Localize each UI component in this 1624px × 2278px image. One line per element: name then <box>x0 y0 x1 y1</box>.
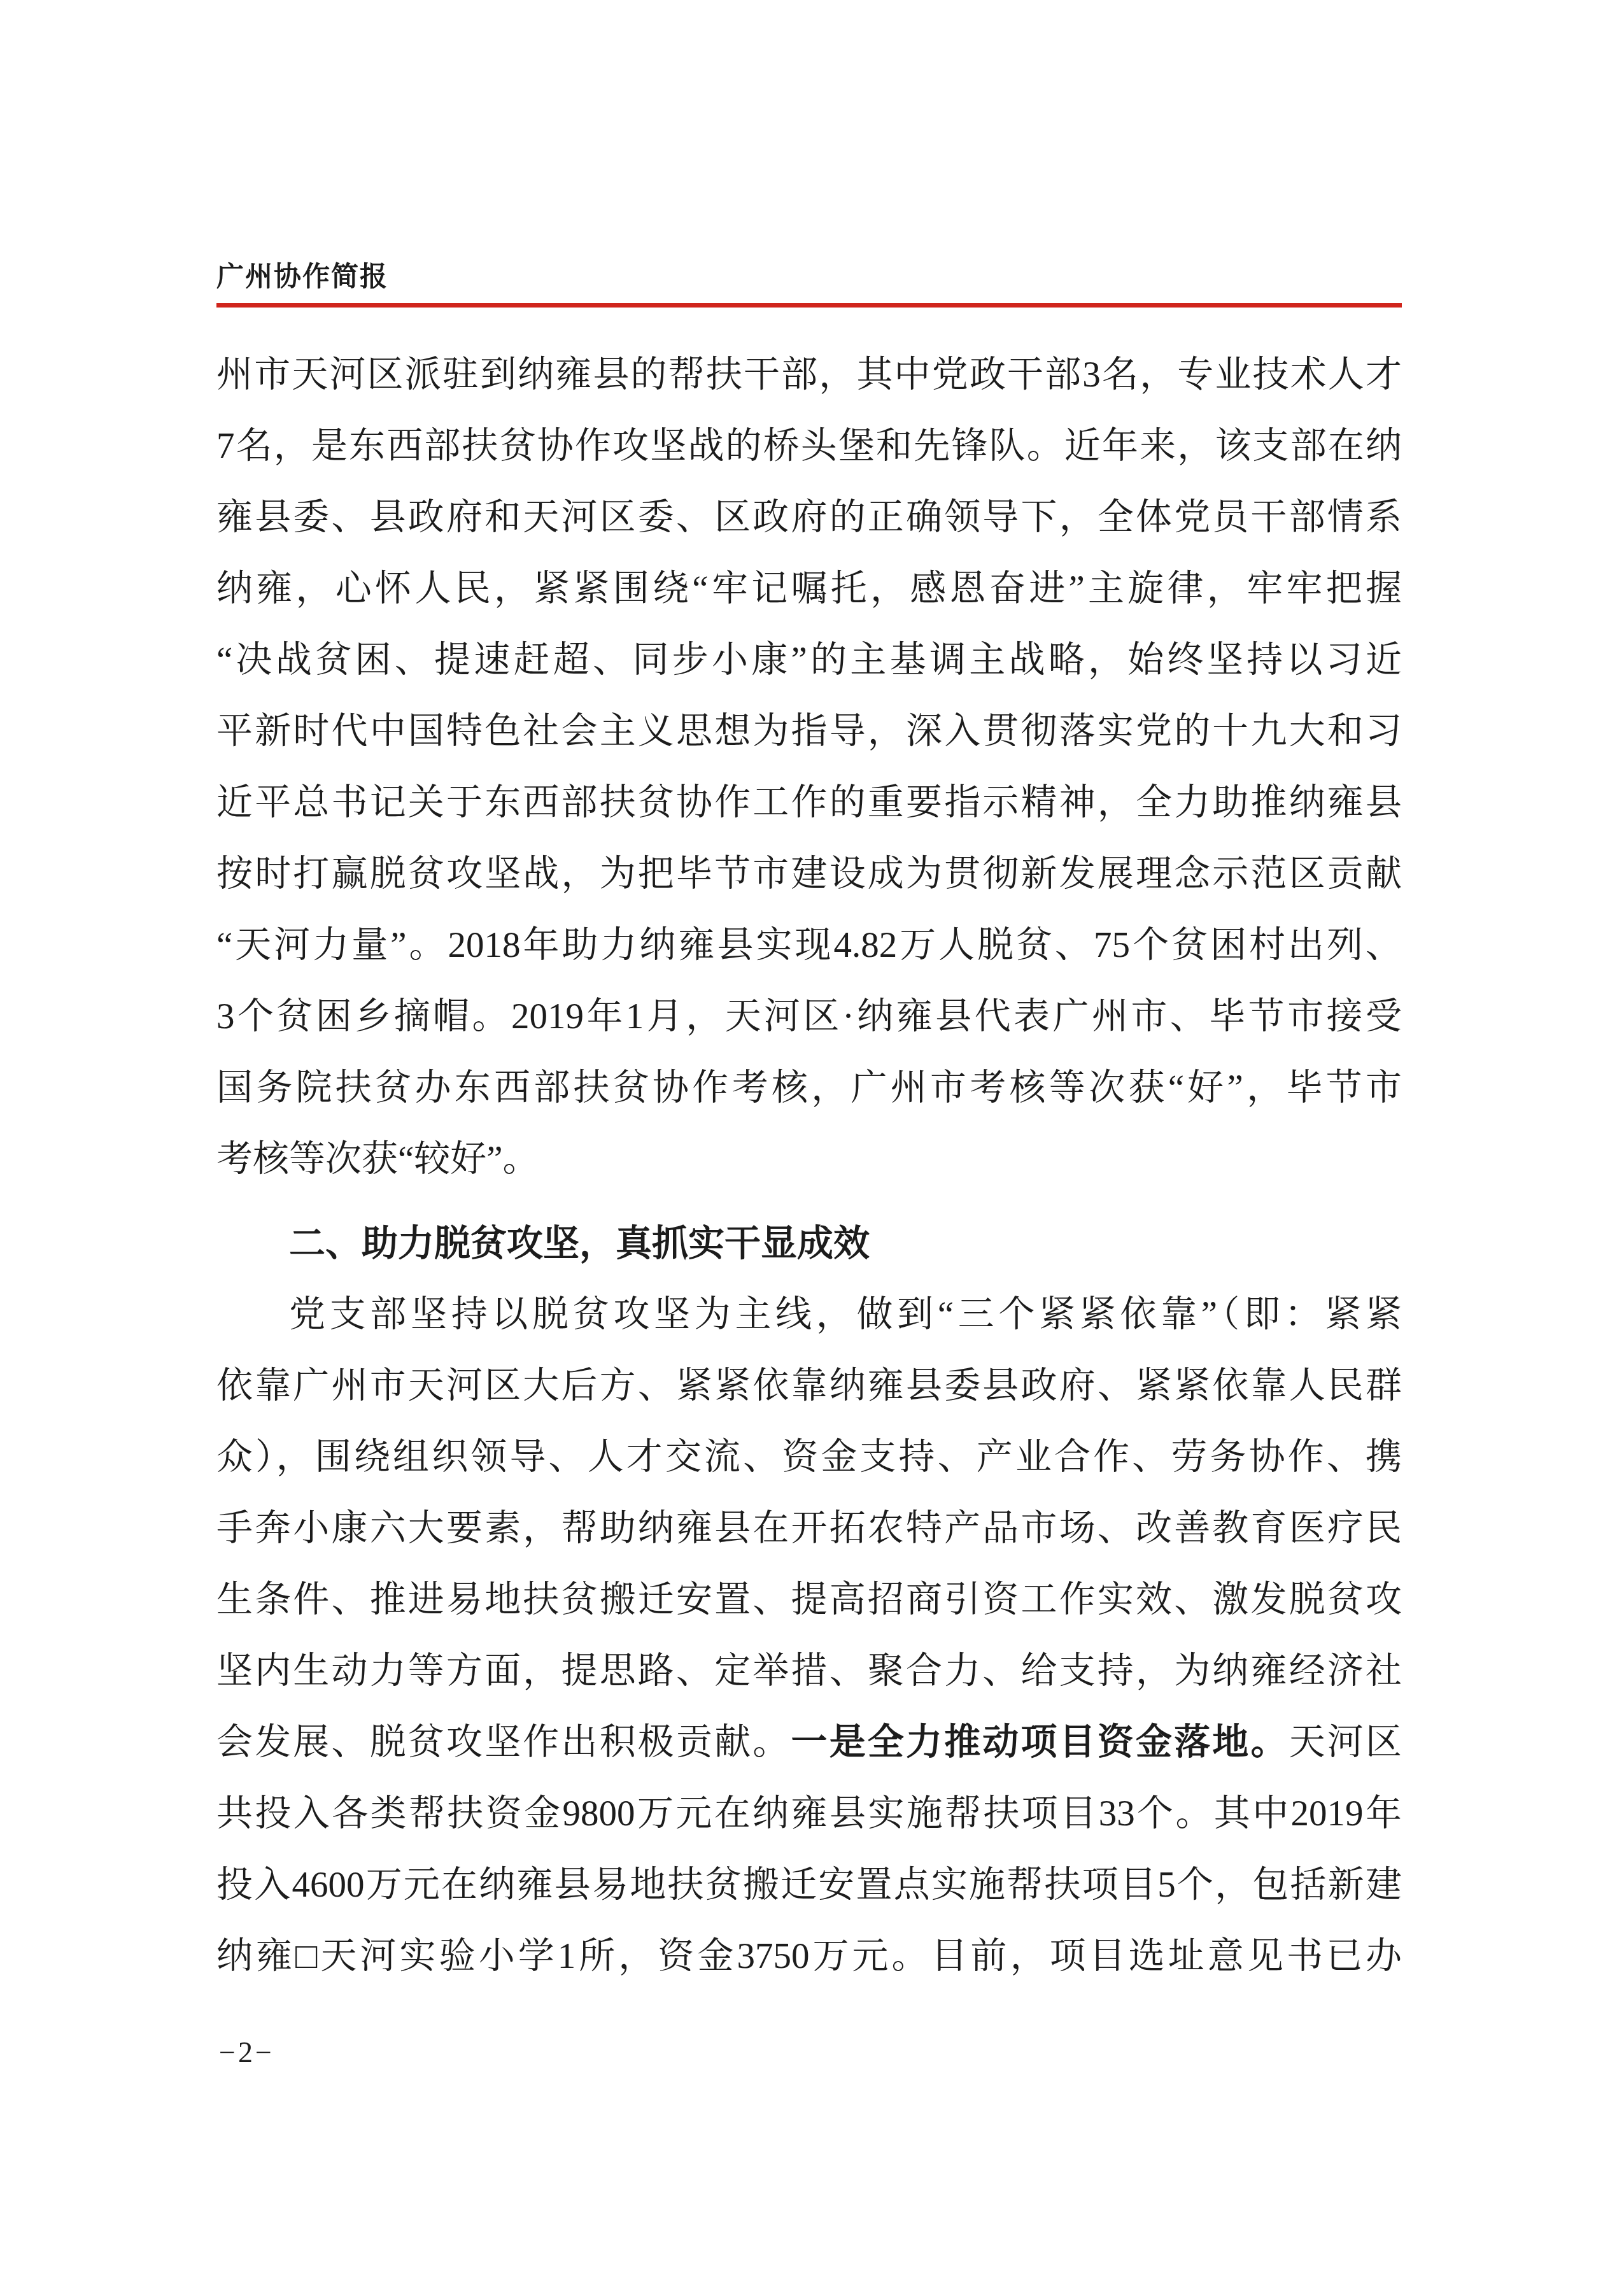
body-line: “决战贫困、提速赶超、同步小康”的主基调主战略，始终坚持以习近 <box>216 625 1402 696</box>
body-line: “天河力量”。2018年助力纳雍县实现4.82万人脱贫、75个贫困村出列、 <box>216 910 1402 981</box>
body-line: 国务院扶贫办东西部扶贫协作考核，广州市考核等次获“好”，毕节市 <box>216 1052 1402 1124</box>
body-text-segment: 天河区 <box>1289 1722 1402 1762</box>
body-line: 7名，是东西部扶贫协作攻坚战的桥头堡和先锋队。近年来，该支部在纳 <box>216 411 1402 482</box>
body-line: 纳雍，心怀人民，紧紧围绕“牢记嘱托，感恩奋进”主旋律，牢牢把握 <box>216 553 1402 625</box>
body-line: 坚内生动力等方面，提思路、定举措、聚合力、给支持，为纳雍经济社 <box>216 1636 1402 1707</box>
paragraph-2: 党支部坚持以脱贫攻坚为主线，做到“三个紧紧依靠”（即：紧紧 依靠广州市天河区大后… <box>216 1279 1402 1992</box>
document-page: 广州协作简报 州市天河区派驻到纳雍县的帮扶干部，其中党政干部3名，专业技术人才 … <box>0 0 1624 2278</box>
body-line: 平新时代中国特色社会主义思想为指导，深入贯彻落实党的十九大和习 <box>216 696 1402 767</box>
bold-emphasis-text: 一是全力推动项目资金落地。 <box>791 1722 1289 1762</box>
paragraph-1: 州市天河区派驻到纳雍县的帮扶干部，其中党政干部3名，专业技术人才 7名，是东西部… <box>216 339 1402 1195</box>
body-line: 州市天河区派驻到纳雍县的帮扶干部，其中党政干部3名，专业技术人才 <box>216 339 1402 411</box>
body-line: 众），围绕组织领导、人才交流、资金支持、产业合作、劳务协作、携 <box>216 1422 1402 1493</box>
masthead-title: 广州协作简报 <box>216 260 388 295</box>
article-body: 州市天河区派驻到纳雍县的帮扶干部，其中党政干部3名，专业技术人才 7名，是东西部… <box>216 339 1402 1992</box>
body-line: 近平总书记关于东西部扶贫协作工作的重要指示精神，全力助推纳雍县 <box>216 767 1402 838</box>
body-line: 生条件、推进易地扶贫搬迁安置、提高招商引资工作实效、激发脱贫攻 <box>216 1564 1402 1636</box>
body-line-with-emphasis: 会发展、脱贫攻坚作出积极贡献。一是全力推动项目资金落地。天河区 <box>216 1707 1402 1778</box>
body-line: 3个贫困乡摘帽。2019年1月，天河区·纳雍县代表广州市、毕节市接受 <box>216 981 1402 1052</box>
body-line: 依靠广州市天河区大后方、紧紧依靠纳雍县委县政府、紧紧依靠人民群 <box>216 1350 1402 1422</box>
page-number: −2− <box>219 2036 274 2069</box>
body-line: 共投入各类帮扶资金9800万元在纳雍县实施帮扶项目33个。其中2019年 <box>216 1778 1402 1850</box>
body-line: 按时打赢脱贫攻坚战，为把毕节市建设成为贯彻新发展理念示范区贡献 <box>216 838 1402 910</box>
body-line: 手奔小康六大要素，帮助纳雍县在开拓农特产品市场、改善教育医疗民 <box>216 1493 1402 1564</box>
masthead-divider-rule <box>216 303 1402 308</box>
body-line: 党支部坚持以脱贫攻坚为主线，做到“三个紧紧依靠”（即：紧紧 <box>216 1279 1402 1350</box>
body-line: 纳雍□天河实验小学1所，资金3750万元。目前，项目选址意见书已办 <box>216 1921 1402 1992</box>
body-line: 投入4600万元在纳雍县易地扶贫搬迁安置点实施帮扶项目5个，包括新建 <box>216 1850 1402 1921</box>
section-heading: 二、助力脱贫攻坚，真抓实干显成效 <box>216 1208 1402 1279</box>
body-line: 考核等次获“较好”。 <box>216 1124 1402 1195</box>
body-line: 雍县委、县政府和天河区委、区政府的正确领导下，全体党员干部情系 <box>216 482 1402 553</box>
body-text-segment: 会发展、脱贫攻坚作出积极贡献。 <box>216 1722 791 1762</box>
